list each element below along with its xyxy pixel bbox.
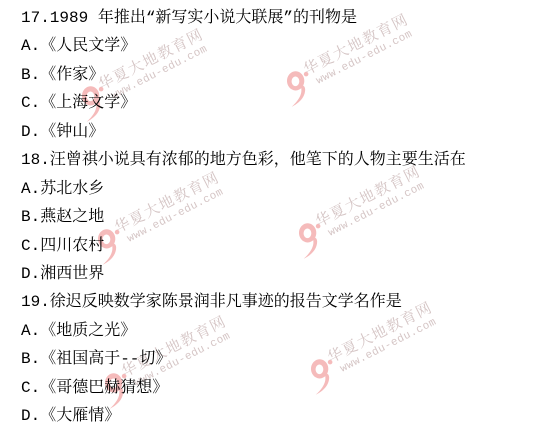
question-18-option-a: A.苏北水乡: [21, 175, 549, 203]
question-17-option-a: A.《人民文学》: [21, 32, 549, 60]
question-19-stem: 19.徐迟反映数学家陈景润非凡事迹的报告文学名作是: [21, 288, 549, 316]
question-17-option-c: C.《上海文学》: [21, 89, 549, 117]
question-18-option-b: B.燕赵之地: [21, 203, 549, 231]
question-19-option-c: C.《哥德巴赫猜想》: [21, 374, 549, 402]
question-19-option-b: B.《祖国高于--切》: [21, 345, 549, 373]
question-17-option-d: D.《钟山》: [21, 118, 549, 146]
exam-page: { "document": { "questions": [ { "stem":…: [0, 0, 549, 439]
question-19-option-a: A.《地质之光》: [21, 317, 549, 345]
question-18-option-d: D.湘西世界: [21, 260, 549, 288]
question-18-stem: 18.汪曾祺小说具有浓郁的地方色彩，他笔下的人物主要生活在: [21, 146, 549, 174]
question-17-stem: 17.1989 年推出“新写实小说大联展”的刊物是: [21, 4, 549, 32]
question-19-option-d: D.《大雁情》: [21, 402, 549, 430]
exam-questions: 17.1989 年推出“新写实小说大联展”的刊物是 A.《人民文学》 B.《作家…: [21, 4, 549, 431]
question-18-option-c: C.四川农村: [21, 232, 549, 260]
question-17-option-b: B.《作家》: [21, 61, 549, 89]
